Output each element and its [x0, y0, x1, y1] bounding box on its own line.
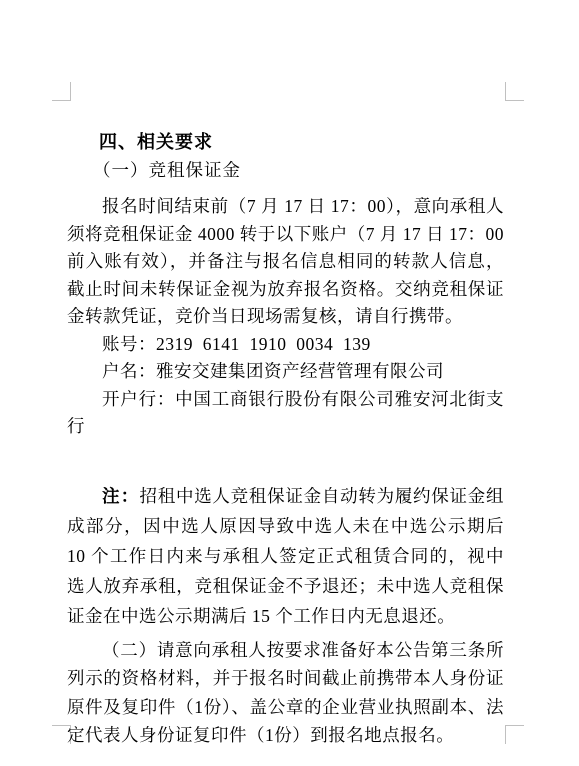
margin-mark-bottom-right — [505, 725, 524, 744]
note-label: 注： — [102, 486, 139, 506]
account-name-line: 户名：雅安交建集团资产经营管理有限公司 — [67, 358, 504, 386]
margin-mark-top-left — [52, 82, 71, 101]
bank-branch-line: 开户行：中国工商银行股份有限公司雅安河北街支行 — [67, 386, 504, 441]
margin-mark-top-right — [505, 82, 524, 101]
account-number-line: 账号：2319 6141 1910 0034 139 — [67, 331, 504, 359]
section-heading: 四、相关要求 — [67, 131, 504, 153]
subsection-heading: （一）竞租保证金 — [67, 159, 504, 181]
document-content: 四、相关要求 （一）竞租保证金 报名时间结束前（7 月 17 日 17：00），… — [67, 131, 504, 750]
note-text: 招租中选人竞租保证金自动转为履约保证金组成部分，因中选人原因导致中选人未在中选公… — [67, 486, 504, 626]
paragraph-two-materials: （二）请意向承租人按要求准备好本公告第三条所列示的资格材料，并于报名时间截止前携… — [67, 636, 504, 750]
document-page: 四、相关要求 （一）竞租保证金 报名时间结束前（7 月 17 日 17：00），… — [0, 0, 579, 766]
paragraph-deposit-terms: 报名时间结束前（7 月 17 日 17：00），意向承租人须将竞租保证金 400… — [67, 193, 504, 331]
paragraph-note: 注：招租中选人竞租保证金自动转为履约保证金组成部分，因中选人原因导致中选人未在中… — [67, 481, 504, 631]
